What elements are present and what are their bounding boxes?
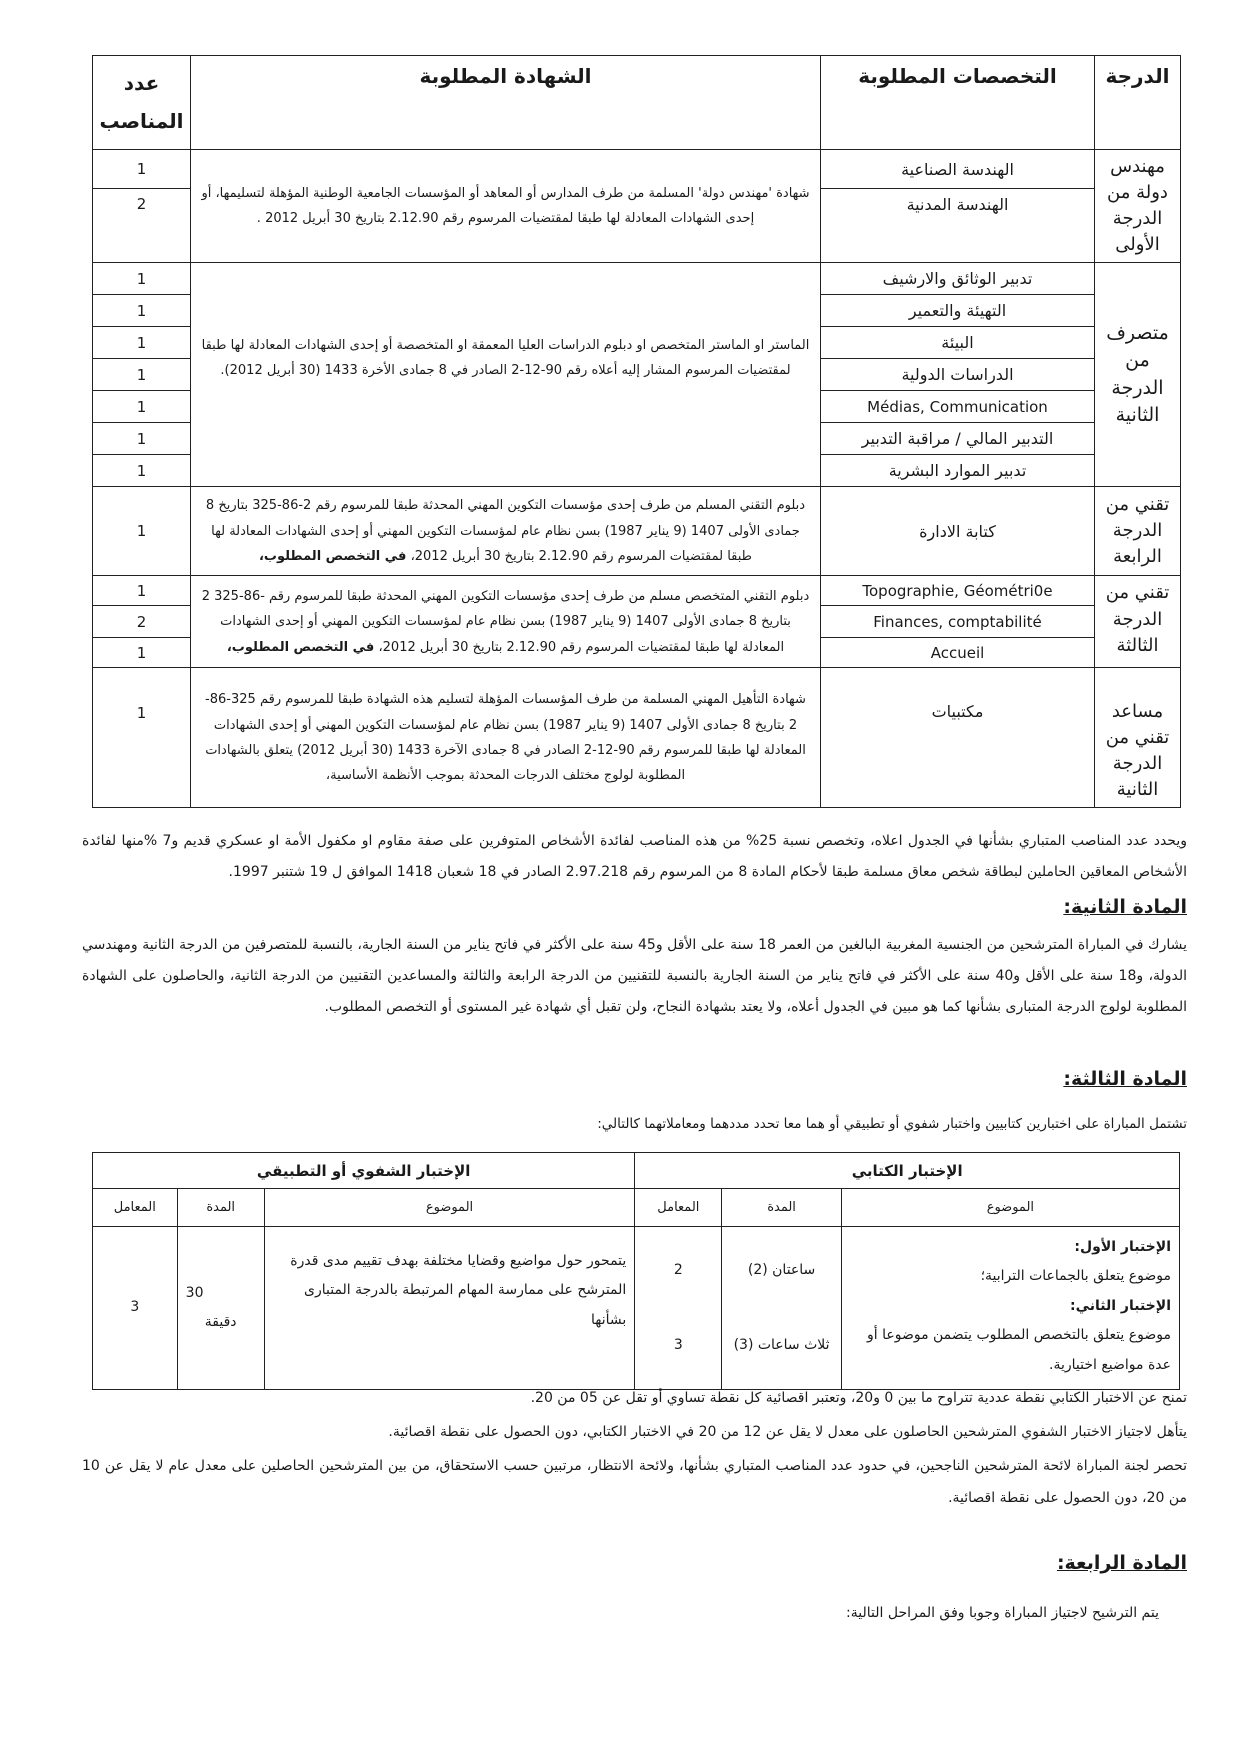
- table-row: مساعد تقني من الدرجة الثانية مكتبيات شها…: [93, 668, 1181, 808]
- article-4-heading: المادة الرابعة:: [1057, 1552, 1187, 1574]
- grade-cell: تقني من الدرجة الرابعة: [1095, 487, 1181, 576]
- written-subject-cell: الإختبار الأول: موضوع يتعلق بالجماعات ال…: [841, 1227, 1179, 1390]
- count-cell: 1: [93, 487, 191, 576]
- first-exam-subject: موضوع يتعلق بالجماعات الترابية؛: [850, 1262, 1171, 1291]
- article-4-text: يتم الترشيح لاجتياز المباراة وجوبا وفق ا…: [846, 1598, 1159, 1629]
- count-cell: 1: [93, 455, 191, 487]
- count-cell: 1: [93, 359, 191, 391]
- specialty-cell: التدبير المالي / مراقبة التدبير: [821, 423, 1095, 455]
- oral-subject-header: الموضوع: [264, 1189, 635, 1227]
- specialty-cell: Finances, comptabilité: [821, 606, 1095, 638]
- certificate-cell: شهادة التأهيل المهني المسلمة من طرف المؤ…: [191, 668, 821, 808]
- grade-cell: مهندس دولة من الدرجة الأولى: [1095, 150, 1181, 263]
- table-row: تقني من الدرجة الثالثة Topographie, Géom…: [93, 576, 1181, 606]
- count-cell: 1: [93, 576, 191, 606]
- written-coef-cell: 2 3: [635, 1227, 722, 1390]
- oral-duration-unit: دقيقة: [186, 1308, 256, 1337]
- specialty-cell: Médias, Communication: [821, 391, 1095, 423]
- count-cell: 1: [93, 668, 191, 808]
- written-exam-header: الإختبار الكتابي: [635, 1153, 1180, 1189]
- exam-note: تحصر لجنة المباراة لائحة المترشحين الناج…: [82, 1450, 1187, 1514]
- certificate-cell: دبلوم التقني المتخصص مسلم من طرف إحدى مؤ…: [191, 576, 821, 668]
- specialty-cell: التهيئة والتعمير: [821, 295, 1095, 327]
- oral-subject-cell: يتمحور حول مواضيع وقضايا مختلفة بهدف تقي…: [264, 1227, 635, 1390]
- specialty-cell: Accueil: [821, 638, 1095, 668]
- header-grade: الدرجة: [1095, 56, 1181, 150]
- article-2-heading: المادة الثانية:: [1063, 896, 1187, 918]
- count-cell: 1: [93, 327, 191, 359]
- second-exam-coef: 3: [643, 1331, 713, 1360]
- table-row: مهندس دولة من الدرجة الأولى الهندسة الصن…: [93, 150, 1181, 189]
- quota-paragraph: ويحدد عدد المناصب المتباري بشأنها في الج…: [82, 826, 1187, 888]
- exam-note: يتأهل لاجتياز الاختبار الشفوي المترشحين …: [82, 1416, 1187, 1448]
- written-coef-header: المعامل: [635, 1189, 722, 1227]
- written-subject-header: الموضوع: [841, 1189, 1179, 1227]
- count-cell: 1: [93, 391, 191, 423]
- header-count: عدد المناصب: [93, 56, 191, 150]
- written-duration-header: المدة: [722, 1189, 841, 1227]
- article-2-text: يشارك في المباراة المترشحين من الجنسية ا…: [82, 930, 1187, 1022]
- grade-cell: متصرف من الدرجة الثانية: [1095, 263, 1181, 487]
- oral-exam-header: الإختبار الشفوي أو التطبيقي: [93, 1153, 635, 1189]
- second-exam-duration: ثلاث ساعات (3): [730, 1331, 832, 1360]
- exam-note: تمنح عن الاختبار الكتابي نقطة عددية تترا…: [82, 1382, 1187, 1414]
- specialty-cell: Topographie, Géométri0e: [821, 576, 1095, 606]
- header-specialties: التخصصات المطلوبة: [821, 56, 1095, 150]
- count-cell: 2: [93, 606, 191, 638]
- specialty-cell: تدبير الوثائق والارشيف: [821, 263, 1095, 295]
- count-cell: 1: [93, 295, 191, 327]
- count-cell: 2: [93, 189, 191, 263]
- second-exam-label: الإختبار الثاني:: [850, 1292, 1171, 1321]
- certificate-cell: الماستر او الماستر المتخصص او دبلوم الدر…: [191, 263, 821, 487]
- oral-duration-value: 30: [186, 1279, 256, 1308]
- oral-coef-cell: 3: [93, 1227, 178, 1390]
- exam-subheader: الموضوع المدة المعامل الموضوع المدة المع…: [93, 1189, 1180, 1227]
- specialty-cell: الهندسة المدنية: [821, 189, 1095, 263]
- specialty-cell: الهندسة الصناعية: [821, 150, 1095, 189]
- exam-row: الإختبار الأول: موضوع يتعلق بالجماعات ال…: [93, 1227, 1180, 1390]
- grade-cell: مساعد تقني من الدرجة الثانية: [1095, 668, 1181, 808]
- exam-table: الإختبار الكتابي الإختبار الشفوي أو التط…: [92, 1152, 1180, 1390]
- article-3-heading: المادة الثالثة:: [1063, 1068, 1187, 1090]
- first-exam-duration: ساعتان (2): [730, 1256, 832, 1285]
- specialty-cell: مكتبيات: [821, 668, 1095, 808]
- oral-coef-header: المعامل: [93, 1189, 178, 1227]
- count-cell: 1: [93, 638, 191, 668]
- specialty-cell: البيئة: [821, 327, 1095, 359]
- certificate-required-specialty: في التخصص المطلوب،: [227, 640, 374, 655]
- count-cell: 1: [93, 263, 191, 295]
- exam-group-header: الإختبار الكتابي الإختبار الشفوي أو التط…: [93, 1153, 1180, 1189]
- table-row: متصرف من الدرجة الثانية تدبير الوثائق وا…: [93, 263, 1181, 295]
- article-3-intro: تشتمل المباراة على اختبارين كتابيين واخت…: [400, 1110, 1187, 1140]
- document-page: الدرجة التخصصات المطلوبة الشهادة المطلوب…: [0, 0, 1239, 1749]
- count-cell: 1: [93, 150, 191, 189]
- specialty-cell: الدراسات الدولية: [821, 359, 1095, 391]
- count-cell: 1: [93, 423, 191, 455]
- specialty-cell: كتابة الادارة: [821, 487, 1095, 576]
- posts-table-header: الدرجة التخصصات المطلوبة الشهادة المطلوب…: [93, 56, 1181, 150]
- grade-cell: تقني من الدرجة الثالثة: [1095, 576, 1181, 668]
- certificate-cell: شهادة 'مهندس دولة' المسلمة من طرف المدار…: [191, 150, 821, 263]
- first-exam-label: الإختبار الأول:: [850, 1233, 1171, 1262]
- table-row: تقني من الدرجة الرابعة كتابة الادارة دبل…: [93, 487, 1181, 576]
- first-exam-coef: 2: [643, 1256, 713, 1285]
- specialty-cell: تدبير الموارد البشرية: [821, 455, 1095, 487]
- posts-table: الدرجة التخصصات المطلوبة الشهادة المطلوب…: [92, 55, 1181, 808]
- certificate-cell: دبلوم التقني المسلم من طرف إحدى مؤسسات ا…: [191, 487, 821, 576]
- certificate-required-specialty: في التخصص المطلوب،: [259, 549, 406, 564]
- second-exam-subject: موضوع يتعلق بالتخصص المطلوب يتضمن موضوعا…: [850, 1321, 1171, 1380]
- oral-duration-header: المدة: [177, 1189, 264, 1227]
- oral-duration-cell: 30 دقيقة: [177, 1227, 264, 1390]
- written-duration-cell: ساعتان (2) ثلاث ساعات (3): [722, 1227, 841, 1390]
- header-certificate: الشهادة المطلوبة: [191, 56, 821, 150]
